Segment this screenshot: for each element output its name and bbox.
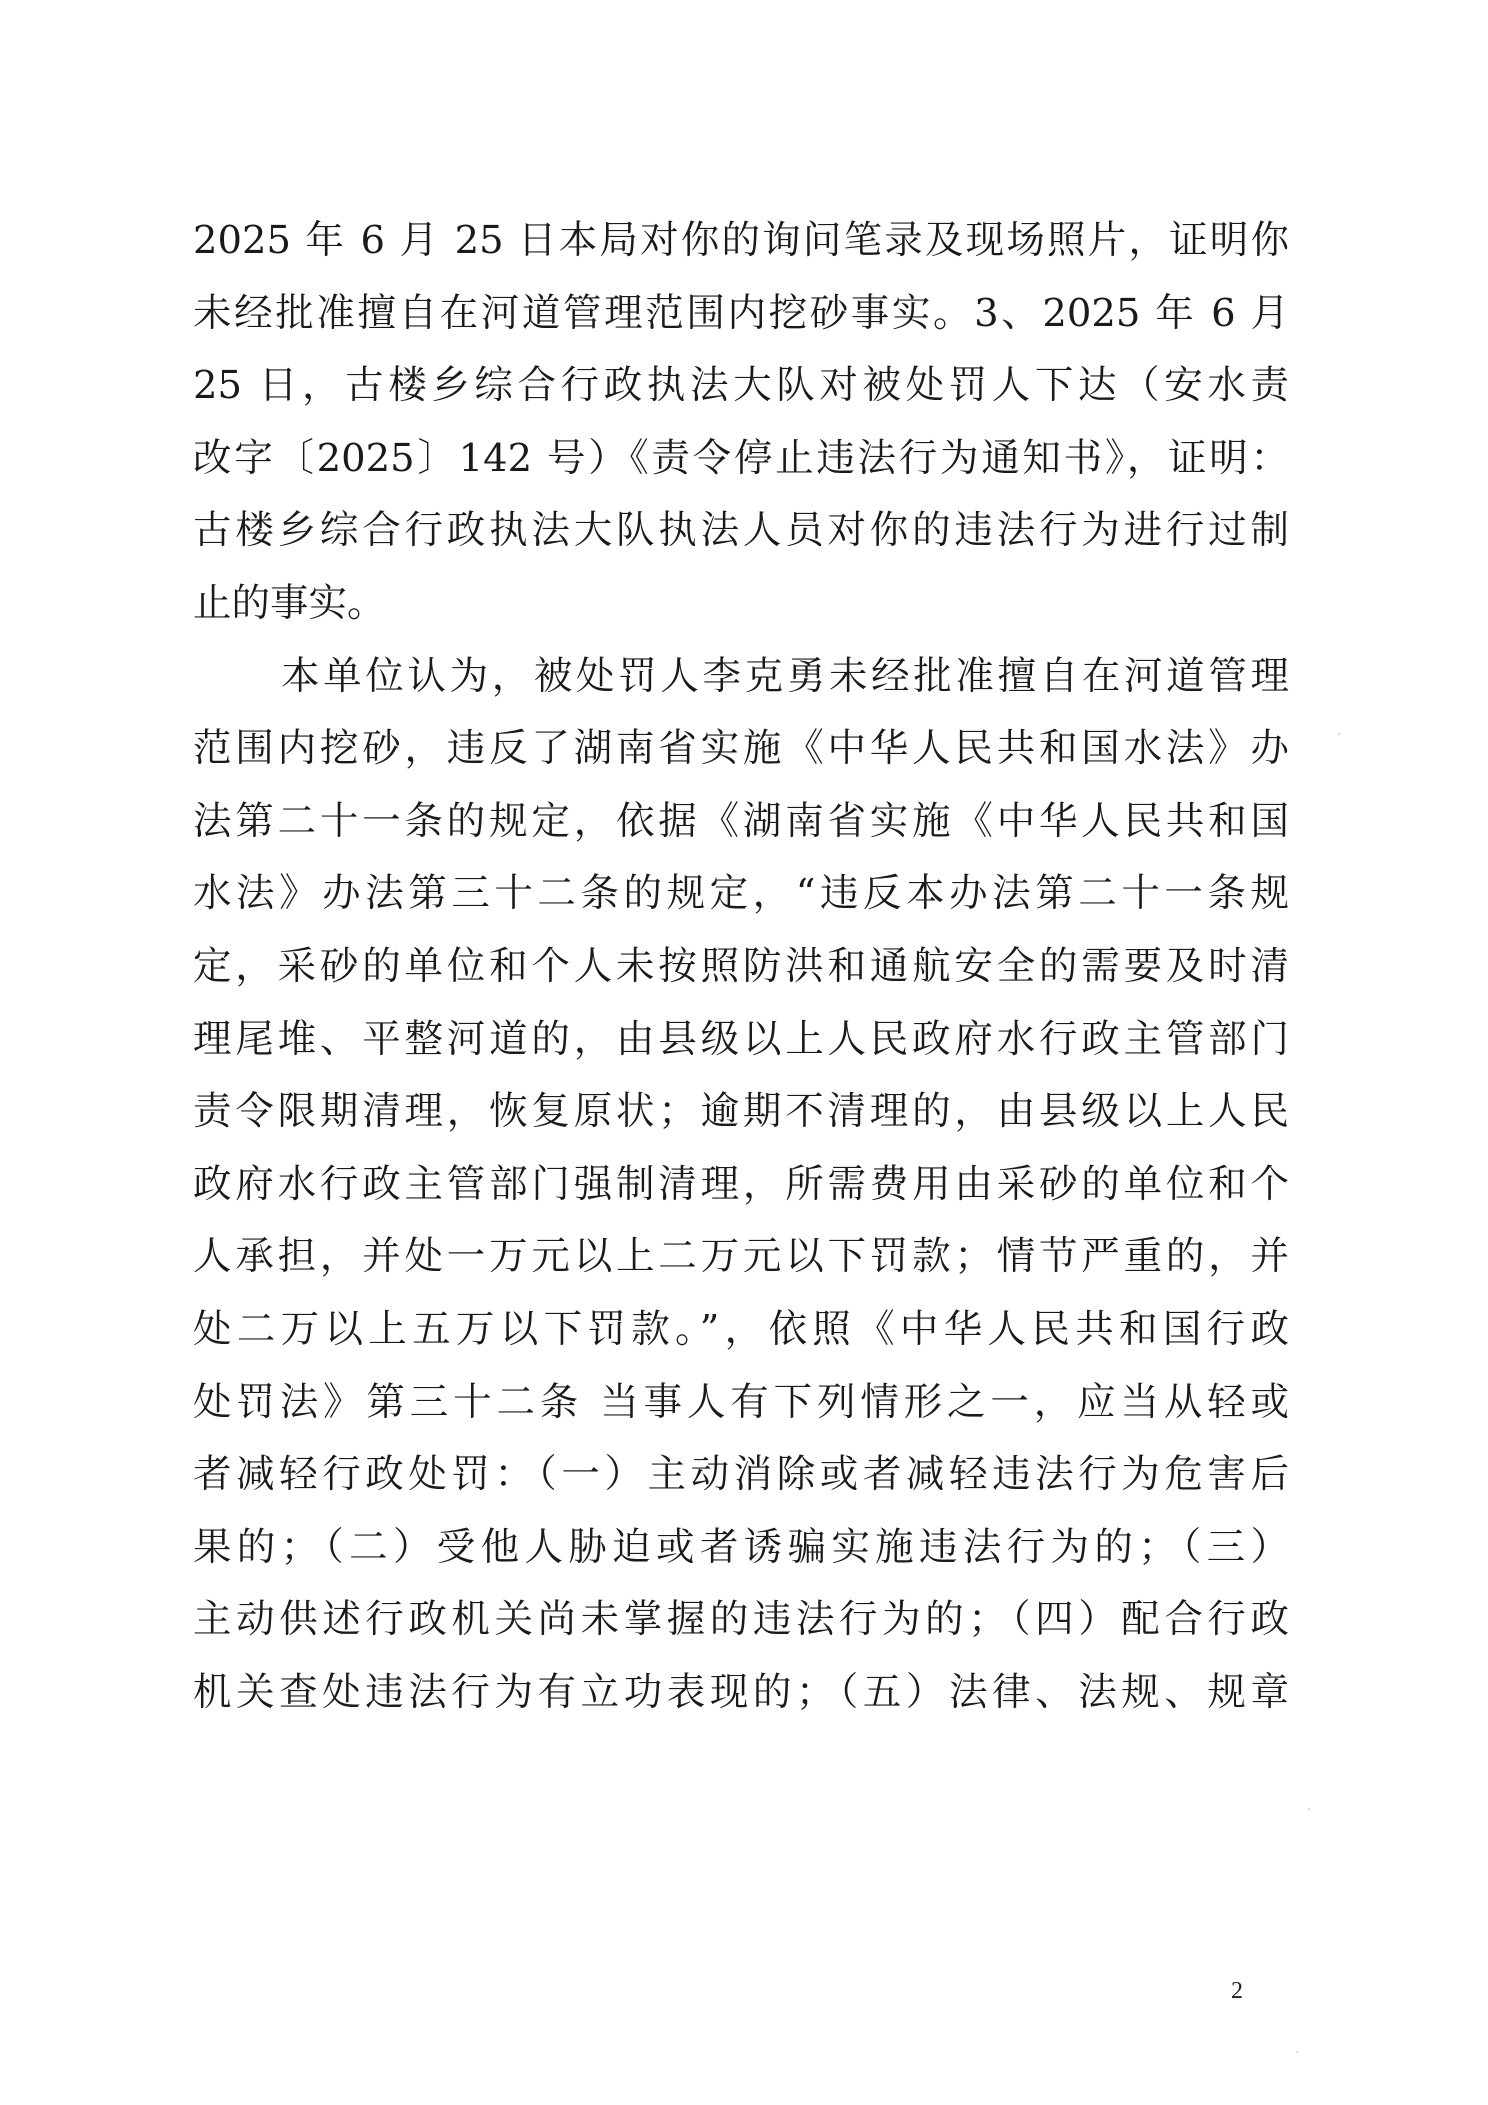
scan-speck bbox=[1338, 733, 1340, 735]
text-line: 责令限期清理，恢复原状；逾期不清理的，由县级以上人民 bbox=[193, 1076, 1289, 1149]
scan-speck bbox=[1308, 1808, 1310, 1810]
text-line: 机关查处违法行为有立功表现的；（五）法律、法规、规章 bbox=[193, 1657, 1289, 1730]
text-line: 定，采砂的单位和个人未按照防洪和通航安全的需要及时清 bbox=[193, 931, 1289, 1004]
paragraph-legal-reasoning: 本单位认为，被处罚人李克勇未经批准擅自在河道管理 范围内挖砂，违反了湖南省实施《… bbox=[193, 641, 1289, 1730]
text-line: 2025 年 6 月 25 日本局对你的询问笔录及现场照片，证明你 bbox=[193, 205, 1289, 278]
paragraph-evidence-continued: 2025 年 6 月 25 日本局对你的询问笔录及现场照片，证明你 未经批准擅自… bbox=[193, 205, 1289, 641]
document-page: 2025 年 6 月 25 日本局对你的询问笔录及现场照片，证明你 未经批准擅自… bbox=[0, 0, 1488, 2105]
page-number: 2 bbox=[1231, 1978, 1243, 2005]
text-line: 止的事实。 bbox=[193, 568, 1289, 641]
text-line: 法第二十一条的规定，依据《湖南省实施《中华人民共和国 bbox=[193, 786, 1289, 859]
document-body: 2025 年 6 月 25 日本局对你的询问笔录及现场照片，证明你 未经批准擅自… bbox=[193, 205, 1289, 1729]
text-line: 25 日，古楼乡综合行政执法大队对被处罚人下达（安水责 bbox=[193, 350, 1289, 423]
text-line: 政府水行政主管部门强制清理，所需费用由采砂的单位和个 bbox=[193, 1149, 1289, 1222]
text-line: 改字〔2025〕142 号）《责令停止违法行为通知书》，证明： bbox=[193, 423, 1289, 496]
scan-speck bbox=[1296, 2051, 1298, 2053]
text-line: 范围内挖砂，违反了湖南省实施《中华人民共和国水法》办 bbox=[193, 713, 1289, 786]
text-line: 理尾堆、平整河道的，由县级以上人民政府水行政主管部门 bbox=[193, 1004, 1289, 1077]
text-line: 处二万以上五万以下罚款。”，依照《中华人民共和国行政 bbox=[193, 1294, 1289, 1367]
text-line: 本单位认为，被处罚人李克勇未经批准擅自在河道管理 bbox=[193, 641, 1289, 714]
text-line: 主动供述行政机关尚未掌握的违法行为的；（四）配合行政 bbox=[193, 1584, 1289, 1657]
text-line: 人承担，并处一万元以上二万元以下罚款；情节严重的，并 bbox=[193, 1221, 1289, 1294]
text-line: 水法》办法第三十二条的规定，“违反本办法第二十一条规 bbox=[193, 858, 1289, 931]
text-line: 者减轻行政处罚：（一）主动消除或者减轻违法行为危害后 bbox=[193, 1439, 1289, 1512]
text-line: 处罚法》第三十二条 当事人有下列情形之一，应当从轻或 bbox=[193, 1367, 1289, 1440]
text-line: 果的；（二）受他人胁迫或者诱骗实施违法行为的；（三） bbox=[193, 1512, 1289, 1585]
text-line: 未经批准擅自在河道管理范围内挖砂事实。3、2025 年 6 月 bbox=[193, 278, 1289, 351]
text-line: 古楼乡综合行政执法大队执法人员对你的违法行为进行过制 bbox=[193, 495, 1289, 568]
